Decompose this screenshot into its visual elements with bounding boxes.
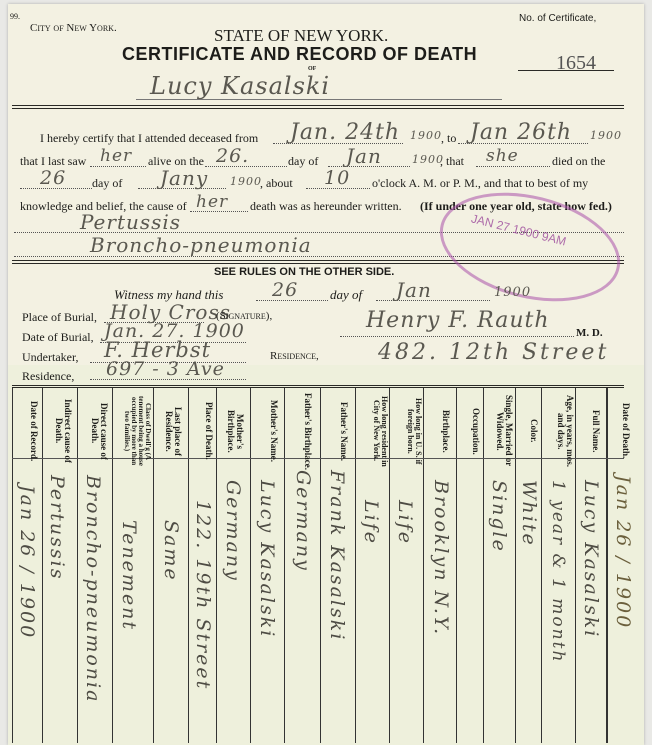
witness-month: Jan — [396, 278, 432, 302]
deceased-name: Lucy Kasalski — [150, 72, 330, 100]
pronoun3: her — [196, 192, 228, 212]
page-title: CERTIFICATE AND RECORD OF DEATH — [122, 44, 477, 65]
table-top-rule — [12, 385, 624, 386]
cell-mother-name: Lucy Kasalski — [256, 480, 278, 638]
col-header-place-of-death: Place of Death. — [193, 392, 213, 470]
cell-mother-birthplace: Germany — [222, 480, 244, 582]
pronoun2: she — [486, 146, 519, 166]
col-header-mother-birthplace: Mother's Birthplace. — [222, 392, 244, 470]
cause-of-death-2: Broncho-pneumonia — [90, 233, 312, 257]
cell-last-residence: Same — [160, 520, 182, 582]
col-header-marital-status: Single, Married or Widowed. — [487, 392, 513, 470]
day-of-label-2: day of — [92, 176, 122, 191]
col-header-last-residence: Last place of Residence. — [160, 392, 182, 470]
cell-place-of-death: 122. 19th Street — [192, 500, 214, 690]
attended-from-value: Jan. 24th — [290, 120, 400, 145]
cert-number-underline — [518, 70, 614, 71]
that-label: , that — [440, 154, 464, 169]
col-header-mother-name: Mother's Name. — [256, 392, 278, 470]
undertaker-residence: 697 - 3 Ave — [106, 358, 225, 380]
col-header-father-name: Father's Name. — [326, 392, 348, 470]
cell-direct-cause: Broncho-pneumonia — [82, 475, 104, 703]
col-header-in-us: How long in U. S. if foreign born. — [392, 392, 422, 470]
certify-line1-prefix: I hereby certify that I attended decease… — [40, 131, 258, 146]
cell-color: White — [518, 480, 540, 547]
cell-birthplace: Brooklyn N.Y. — [430, 480, 452, 636]
cell-resident-nyc: Life — [360, 500, 382, 545]
col-header-father-birthplace: Father's Birthplace. — [290, 392, 312, 470]
col-header-dwelling-class: Class of Dwell'g (A tenement being a hou… — [115, 392, 151, 470]
died-label: died on the — [552, 154, 605, 169]
undertaker-residence-label: Residence, — [22, 369, 74, 384]
state-label: STATE OF NEW YORK. — [214, 26, 388, 46]
cell-in-us: Life — [394, 500, 416, 545]
to-label: , to — [441, 131, 456, 146]
col-header-age: Age, in years, mos. and days. — [546, 392, 574, 470]
clock-label: o'clock A. M. or P. M., and that to best… — [372, 176, 588, 191]
day-of-label: day of — [288, 154, 318, 169]
city-label: City of New York. — [30, 22, 117, 34]
col-header-resident-nyc: How long resident in City of New York. — [358, 392, 388, 470]
cell-full-name: Lucy Kasalski — [580, 480, 602, 638]
witness-year: 1900 — [494, 285, 531, 300]
cell-date-of-record: Jan 26 / 1900 — [16, 485, 38, 639]
certificate-number: 1654 — [556, 52, 596, 75]
cell-father-name: Frank Kasalski — [326, 470, 348, 641]
cell-dwelling-class: Tenement — [118, 520, 140, 631]
col-header-indirect-cause: Indirect cause of Death. — [50, 392, 72, 470]
pronoun1: her — [100, 146, 132, 166]
cell-date-of-death: Jan 26 / 1900 — [612, 475, 634, 629]
physician-residence: 482. 12th Street — [378, 340, 609, 365]
col-header-direct-cause: Direct cause of Death. — [86, 392, 108, 470]
death-month: Jany — [160, 166, 208, 190]
cell-father-birthplace: Germany — [292, 470, 314, 572]
death-hour: 10 — [324, 167, 350, 189]
physician-signature: Henry F. Rauth — [366, 308, 550, 333]
col-header-occupation: Occupation. — [462, 392, 480, 470]
cause-of-death-1: Pertussis — [80, 210, 181, 234]
col-header-date-of-death: Date of Death. — [612, 392, 630, 470]
rules-note: SEE RULES ON THE OTHER SIDE. — [214, 266, 394, 278]
year4: 1900 — [230, 175, 262, 188]
col-header-date-of-record: Date of Record. — [20, 392, 38, 470]
undertaker-label: Undertaker, — [22, 350, 79, 365]
year2: 1900 — [590, 129, 622, 142]
death-day: 26 — [40, 167, 66, 189]
certificate-number-label: No. of Certificate, — [519, 13, 596, 24]
witness-day-of: day of — [330, 287, 362, 303]
table-top-rule-2 — [12, 387, 624, 388]
col-header-birthplace: Birthplace. — [432, 392, 450, 470]
form-number: 99. — [10, 12, 20, 21]
cell-indirect-cause: Pertussis — [46, 475, 68, 580]
witness-day: 26 — [272, 279, 298, 301]
place-of-burial-label: Place of Burial, — [22, 310, 97, 325]
header-divider-2 — [12, 108, 624, 109]
cell-marital-status: Single — [488, 480, 510, 553]
md-label: M. D. — [576, 327, 603, 339]
certify-line4-suffix: death was as hereunder written. — [250, 199, 402, 214]
last-seen-day: 26. — [216, 145, 249, 167]
year1: 1900 — [410, 129, 442, 142]
header-divider — [12, 105, 624, 106]
col-header-full-name: Full Name. — [582, 392, 600, 470]
last-seen-month: Jan — [346, 144, 382, 168]
cell-age: 1 year & 1 month — [548, 480, 568, 663]
col-header-color: Color. — [522, 392, 538, 470]
date-of-burial-label: Date of Burial, — [22, 330, 94, 345]
physician-residence-label: Residence, — [270, 350, 319, 362]
attended-to-value: Jan 26th — [470, 120, 572, 145]
name-underline — [136, 99, 502, 100]
about-label: , about — [260, 176, 293, 191]
